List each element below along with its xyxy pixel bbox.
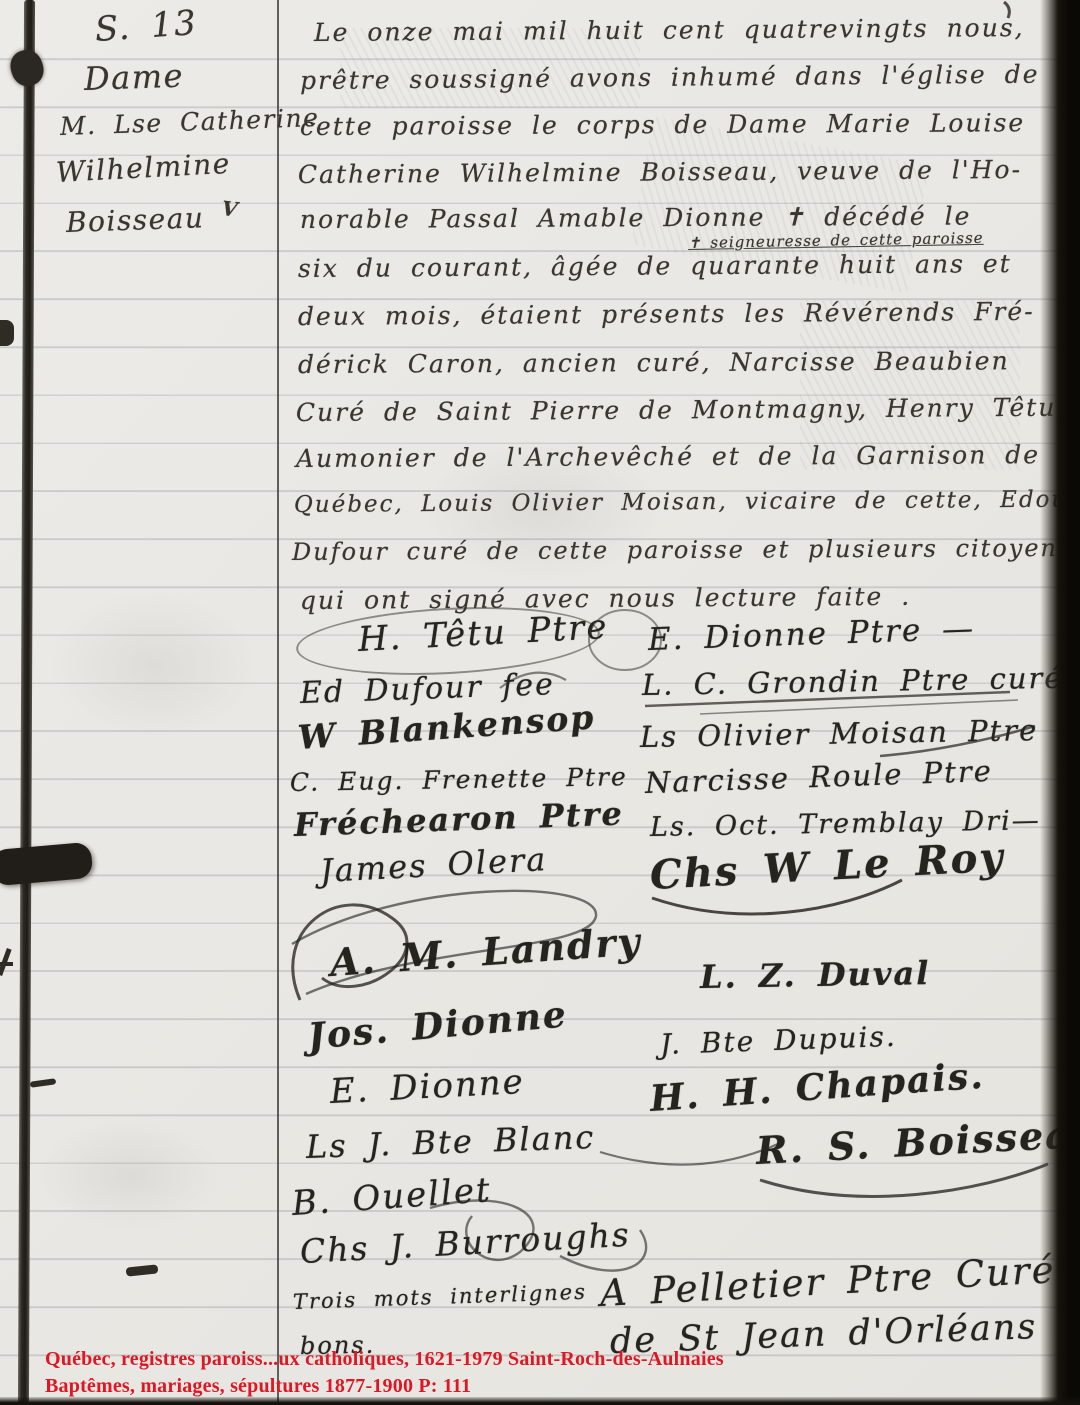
signature: H. H. Chapais.: [649, 1055, 986, 1120]
entry-number: S. 13: [94, 3, 199, 50]
body-line: Curé de Saint Pierre de Montmagny, Henry…: [296, 393, 1067, 427]
signature: James Olera: [319, 840, 548, 890]
body-line: six du courant, âgée de quarante huit an…: [298, 249, 1012, 283]
scan-right-black-band: [1040, 0, 1080, 1405]
paper-smudge: [50, 590, 260, 740]
signature: R. S. Boisseau: [755, 1110, 1080, 1173]
paper-smudge: [40, 1120, 220, 1230]
body-line: Aumonier de l'Archevêché et de la Garnis…: [296, 440, 1040, 473]
margin-name-line: M. Lse Catherine: [59, 103, 319, 141]
signature: E. Dionne Ptre —: [647, 611, 975, 658]
binding-cord: [18, 0, 35, 1405]
edge-ink-mark: [30, 1078, 57, 1088]
marginal-certification: Trois mots interlignes: [293, 1280, 588, 1314]
margin-name-line: Wilhelmine: [55, 147, 231, 189]
scanned-register-page: S. 13 Dame M. Lse Catherine Wilhelmine B…: [0, 0, 1080, 1405]
grondin-underline-flourish: [700, 700, 1018, 714]
signature: C. Eug. Frenette Ptre: [290, 762, 628, 797]
signature: B. Ouellet: [291, 1170, 493, 1224]
body-line: Québec, Louis Olivier Moisan, vicaire de…: [294, 486, 1080, 518]
signature: A Pelletier Ptre Curé: [599, 1248, 1057, 1315]
check-mark: V: [221, 196, 241, 222]
signature: L. Z. Duval: [700, 954, 931, 996]
signature: Jos. Dionne: [306, 993, 569, 1058]
signature: E. Dionne: [329, 1062, 526, 1112]
scan-bottom-black-band: [0, 1397, 1080, 1405]
binding-stitch: [0, 842, 93, 887]
signature: Chs W Le Roy: [649, 833, 1006, 899]
body-line: Catherine Wilhelmine Boisseau, veuve de …: [298, 155, 1022, 189]
body-line: dérick Caron, ancien curé, Narcisse Beau…: [298, 346, 1010, 379]
blanc-tail-flourish: [600, 1142, 782, 1165]
archive-caption-line-2: Baptêmes, mariages, sépultures 1877-1900…: [45, 1375, 471, 1398]
margin-name-line: Dame: [83, 57, 184, 98]
body-line: deux mois, étaient présents les Révérend…: [298, 297, 1035, 331]
signature: Chs J. Burroughs: [299, 1215, 632, 1271]
signature: Narcisse Roule Ptre: [644, 754, 993, 800]
body-line: prêtre soussigné avons inhumé dans l'égl…: [300, 60, 1040, 95]
signature: Ls Olivier Moisan Ptre: [640, 713, 1039, 754]
body-line: cette paroisse le corps de Dame Marie Lo…: [300, 108, 1025, 141]
body-line: Dufour curé de cette paroisse et plusieu…: [292, 534, 1072, 566]
signature: A. M. Landry: [328, 918, 642, 985]
archive-caption-line-1: Québec, registres paroiss...ux catholiqu…: [45, 1348, 724, 1371]
signature: Ls J. Bte Blanc: [305, 1118, 596, 1166]
edge-ink-mark: [0, 962, 13, 966]
margin-name-line: Boisseau: [65, 201, 205, 239]
binding-knot: [6, 46, 48, 90]
body-line: Le onze mai mil huit cent quatrevingts n…: [314, 13, 1025, 47]
edge-ink-mark: [0, 320, 14, 346]
signature: L. C. Grondin Ptre curé: [642, 661, 1064, 702]
signature: Fréchearon Ptre: [293, 794, 624, 843]
edge-ink-mark: [126, 1264, 159, 1276]
body-line: norable Passal Amable Dionne ✝ décédé le: [300, 201, 971, 234]
signature: J. Bte Dupuis.: [659, 1020, 897, 1061]
column-divider-line: [277, 0, 279, 1405]
